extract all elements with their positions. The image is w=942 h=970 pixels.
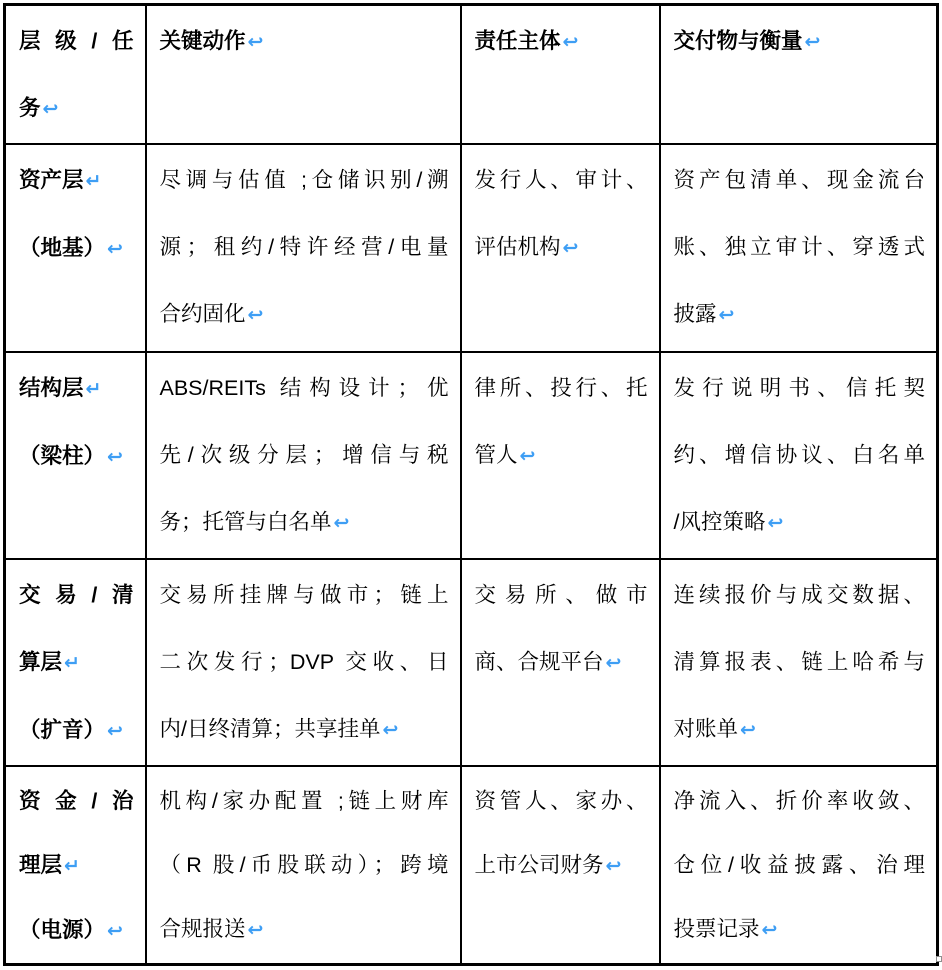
table-row: 资产层↵（地基）↩尽调与估值 ;仓储识别/溯源；租约/特许经营/电量合约固化↩发… xyxy=(5,144,938,352)
text-line: 关键动作↩ xyxy=(160,8,449,76)
cell-trading-layer-parties[interactable]: 交易所、做市商、合规平台↩ xyxy=(461,559,660,766)
header-cell-key-actions[interactable]: 关键动作↩ xyxy=(146,5,461,145)
cell-capital-layer-actions[interactable]: 机构/家办配置 ;链上财库（R 股/币股联动）；跨境合规报送↩ xyxy=(146,766,461,965)
text-line: 先/次级分层；增信与税 xyxy=(160,422,449,489)
text-line: 资产包清单、现金流台 xyxy=(674,147,926,214)
text-line: 源；租约/特许经营/电量 xyxy=(160,214,449,281)
text-line: 结构层↵ xyxy=(19,355,134,423)
text-line: 机构/家办配置 ;链上财库 xyxy=(160,769,449,833)
text-line: 交付物与衡量↩ xyxy=(674,8,926,76)
text-line: 合约固化↩ xyxy=(160,281,449,349)
table-body: 层级/任务↩关键动作↩责任主体↩交付物与衡量↩资产层↵（地基）↩尽调与估值 ;仓… xyxy=(5,5,938,965)
text-line: 商、合规平台↩ xyxy=(475,629,648,697)
text-line: 二次发行；DVP 交收、日 xyxy=(160,629,449,696)
text-line: （梁柱）↩ xyxy=(19,423,134,491)
cell-structure-layer-title[interactable]: 结构层↵（梁柱）↩ xyxy=(5,352,146,559)
table-row: 结构层↵（梁柱）↩ABS/REITs 结构设计；优先/次级分层；增信与税务；托管… xyxy=(5,352,938,559)
text-line: 务；托管与白名单↩ xyxy=(160,489,449,557)
text-line: （电源）↩ xyxy=(19,898,134,963)
text-line: 披露↩ xyxy=(674,281,926,349)
text-line: 交易所挂牌与做市；链上 xyxy=(160,562,449,629)
paragraph-mark-icon: ↩ xyxy=(382,719,398,741)
header-row: 层级/任务↩关键动作↩责任主体↩交付物与衡量↩ xyxy=(5,5,938,145)
text-line: （R 股/币股联动）；跨境 xyxy=(160,833,449,897)
text-line: （扩音）↩ xyxy=(19,697,134,765)
paragraph-mark-icon: ↩ xyxy=(248,304,264,326)
header-cell-responsible-party[interactable]: 责任主体↩ xyxy=(461,5,660,145)
paragraph-mark-icon: ↩ xyxy=(107,238,123,260)
text-line: 算层↵ xyxy=(19,629,134,697)
paragraph-mark-icon: ↩ xyxy=(334,512,350,534)
text-line: /风控策略↩ xyxy=(674,489,926,557)
text-line: 净流入、折价率收敛、 xyxy=(674,769,926,833)
paragraph-mark-icon: ↩ xyxy=(563,31,579,53)
paragraph-mark-icon: ↩ xyxy=(767,512,783,534)
cell-trading-layer-actions[interactable]: 交易所挂牌与做市；链上二次发行；DVP 交收、日内/日终清算；共享挂单↩ xyxy=(146,559,461,766)
text-line: 仓位/收益披露、治理 xyxy=(674,833,926,897)
paragraph-mark-icon: ↩ xyxy=(606,652,622,674)
paragraph-mark-icon: ↩ xyxy=(563,237,579,259)
paragraph-mark-icon: ↩ xyxy=(762,919,778,941)
text-line: 合规报送↩ xyxy=(160,897,449,962)
cell-capital-layer-parties[interactable]: 资管人、家办、上市公司财务↩ xyxy=(461,766,660,965)
text-line: 尽调与估值 ;仓储识别/溯 xyxy=(160,147,449,214)
text-line: 对账单↩ xyxy=(674,696,926,764)
header-cell-deliverables[interactable]: 交付物与衡量↩ xyxy=(660,5,938,145)
paragraph-mark-icon: ↩ xyxy=(248,31,264,53)
paragraph-mark-icon: ↩ xyxy=(43,98,59,120)
text-line: 发行人、审计、 xyxy=(475,147,648,214)
cell-trading-layer-title[interactable]: 交易/清算层↵（扩音）↩ xyxy=(5,559,146,766)
table-resize-handle-icon[interactable] xyxy=(936,956,942,962)
paragraph-mark-icon: ↩ xyxy=(606,855,622,877)
text-line: （地基）↩ xyxy=(19,215,134,283)
text-line: 账、独立审计、穿透式 xyxy=(674,214,926,281)
text-line: 投票记录↩ xyxy=(674,897,926,962)
text-line: 清算报表、链上哈希与 xyxy=(674,629,926,696)
cell-asset-layer-title[interactable]: 资产层↵（地基）↩ xyxy=(5,144,146,352)
text-line: 上市公司财务↩ xyxy=(475,833,648,898)
paragraph-mark-icon: ↩ xyxy=(107,920,123,942)
paragraph-mark-icon: ↩ xyxy=(107,720,123,742)
text-line: 资管人、家办、 xyxy=(475,769,648,833)
layers-table: 层级/任务↩关键动作↩责任主体↩交付物与衡量↩资产层↵（地基）↩尽调与估值 ;仓… xyxy=(3,3,939,966)
cell-capital-layer-title[interactable]: 资金/治理层↵（电源）↩ xyxy=(5,766,146,965)
cell-structure-layer-deliverables[interactable]: 发行说明书、信托契约、增信协议、白名单/风控策略↩ xyxy=(660,352,938,559)
text-line: 交易/清 xyxy=(19,562,134,629)
text-line: 务↩ xyxy=(19,75,134,143)
line-break-mark-icon: ↵ xyxy=(86,170,102,192)
paragraph-mark-icon: ↩ xyxy=(107,446,123,468)
paragraph-mark-icon: ↩ xyxy=(520,445,536,467)
cell-trading-layer-deliverables[interactable]: 连续报价与成交数据、清算报表、链上哈希与对账单↩ xyxy=(660,559,938,766)
text-line: 发行说明书、信托契 xyxy=(674,355,926,422)
cell-structure-layer-parties[interactable]: 律所、投行、托管人↩ xyxy=(461,352,660,559)
cell-capital-layer-deliverables[interactable]: 净流入、折价率收敛、仓位/收益披露、治理投票记录↩ xyxy=(660,766,938,965)
cell-asset-layer-parties[interactable]: 发行人、审计、评估机构↩ xyxy=(461,144,660,352)
text-line: 管人↩ xyxy=(475,422,648,490)
text-line: 资金/治 xyxy=(19,769,134,833)
text-line: 律所、投行、托 xyxy=(475,355,648,422)
table-row: 资金/治理层↵（电源）↩机构/家办配置 ;链上财库（R 股/币股联动）；跨境合规… xyxy=(5,766,938,965)
text-line: 约、增信协议、白名单 xyxy=(674,422,926,489)
text-line: 责任主体↩ xyxy=(475,8,648,76)
cell-asset-layer-deliverables[interactable]: 资产包清单、现金流台账、独立审计、穿透式披露↩ xyxy=(660,144,938,352)
cell-structure-layer-actions[interactable]: ABS/REITs 结构设计；优先/次级分层；增信与税务；托管与白名单↩ xyxy=(146,352,461,559)
line-break-mark-icon: ↵ xyxy=(86,378,102,400)
text-line: 理层↵ xyxy=(19,833,134,898)
line-break-mark-icon: ↵ xyxy=(64,652,80,674)
text-line: 评估机构↩ xyxy=(475,214,648,282)
text-line: 层级/任 xyxy=(19,8,134,75)
paragraph-mark-icon: ↩ xyxy=(719,304,735,326)
text-line: 内/日终清算；共享挂单↩ xyxy=(160,696,449,764)
document-table-container: 层级/任务↩关键动作↩责任主体↩交付物与衡量↩资产层↵（地基）↩尽调与估值 ;仓… xyxy=(3,3,939,966)
table-row: 交易/清算层↵（扩音）↩交易所挂牌与做市；链上二次发行；DVP 交收、日内/日终… xyxy=(5,559,938,766)
cell-asset-layer-actions[interactable]: 尽调与估值 ;仓储识别/溯源；租约/特许经营/电量合约固化↩ xyxy=(146,144,461,352)
text-line: 交易所、做市 xyxy=(475,562,648,629)
text-line: 资产层↵ xyxy=(19,147,134,215)
header-cell-level-task[interactable]: 层级/任务↩ xyxy=(5,5,146,145)
paragraph-mark-icon: ↩ xyxy=(248,919,264,941)
text-line: 连续报价与成交数据、 xyxy=(674,562,926,629)
text-line: ABS/REITs 结构设计；优 xyxy=(160,355,449,422)
paragraph-mark-icon: ↩ xyxy=(805,31,821,53)
line-break-mark-icon: ↵ xyxy=(64,855,80,877)
paragraph-mark-icon: ↩ xyxy=(740,719,756,741)
